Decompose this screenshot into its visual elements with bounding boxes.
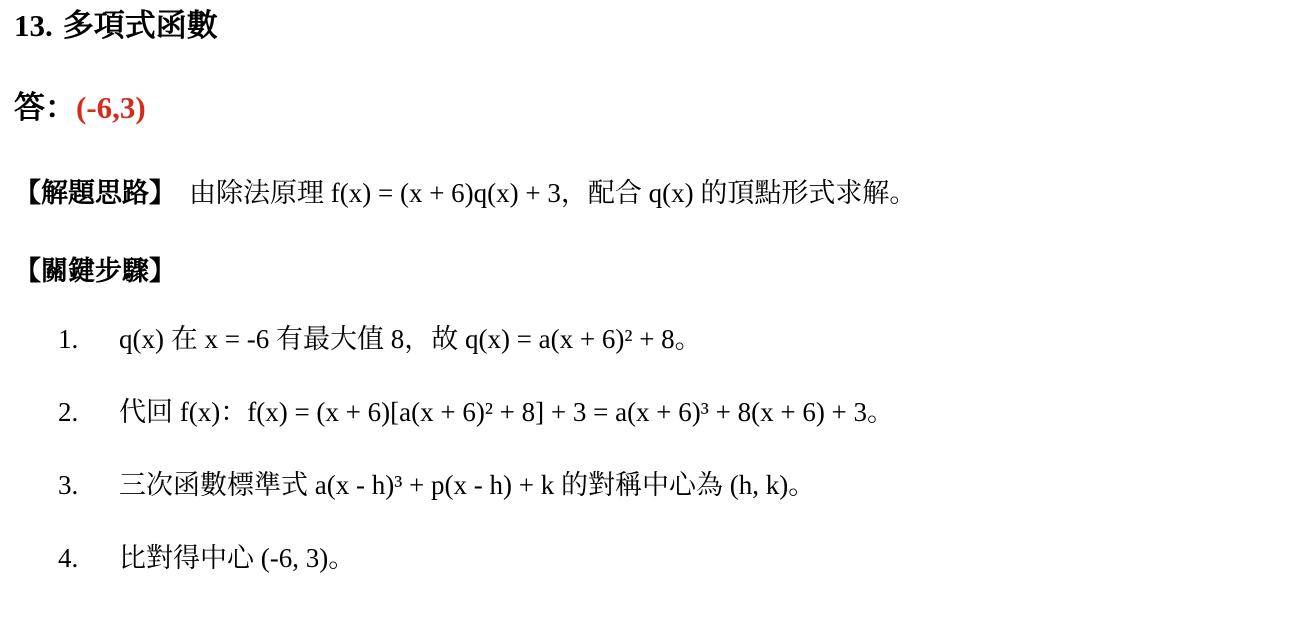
step-text: 比對得中心 (-6, 3)。 (119, 543, 355, 573)
steps-heading: 【關鍵步驟】 (14, 252, 1278, 290)
approach-line: 【解題思路】由除法原理 f(x) = (x + 6)q(x) + 3，配合 q(… (14, 174, 1278, 212)
approach-label: 【解題思路】 (14, 178, 176, 208)
question-topic: 多項式函數 (63, 8, 218, 43)
question-title: 13.多項式函數 (14, 6, 1278, 46)
steps-list: 1.q(x) 在 x = -6 有最大值 8，故 q(x) = a(x + 6)… (14, 320, 1278, 577)
answer-label: 答： (14, 90, 76, 125)
step-number: 4. (58, 539, 119, 577)
question-number: 13. (14, 8, 53, 43)
step-item-4: 4.比對得中心 (-6, 3)。 (58, 539, 1278, 577)
approach-text: 由除法原理 f(x) = (x + 6)q(x) + 3，配合 q(x) 的頂點… (189, 178, 916, 208)
solution-document: 13.多項式函數 答：(-6,3) 【解題思路】由除法原理 f(x) = (x … (0, 0, 1298, 640)
step-item-2: 2.代回 f(x)：f(x) = (x + 6)[a(x + 6)² + 8] … (58, 393, 1278, 431)
step-number: 3. (58, 466, 119, 504)
answer-value: (-6,3) (76, 90, 146, 125)
answer-line: 答：(-6,3) (14, 88, 1278, 128)
step-text: 代回 f(x)：f(x) = (x + 6)[a(x + 6)² + 8] + … (119, 397, 894, 427)
step-item-3: 3.三次函數標準式 a(x - h)³ + p(x - h) + k 的對稱中心… (58, 466, 1278, 504)
step-number: 1. (58, 320, 119, 358)
step-text: 三次函數標準式 a(x - h)³ + p(x - h) + k 的對稱中心為 … (119, 470, 815, 500)
step-text: q(x) 在 x = -6 有最大值 8，故 q(x) = a(x + 6)² … (119, 324, 702, 354)
step-number: 2. (58, 393, 119, 431)
step-item-1: 1.q(x) 在 x = -6 有最大值 8，故 q(x) = a(x + 6)… (58, 320, 1278, 358)
